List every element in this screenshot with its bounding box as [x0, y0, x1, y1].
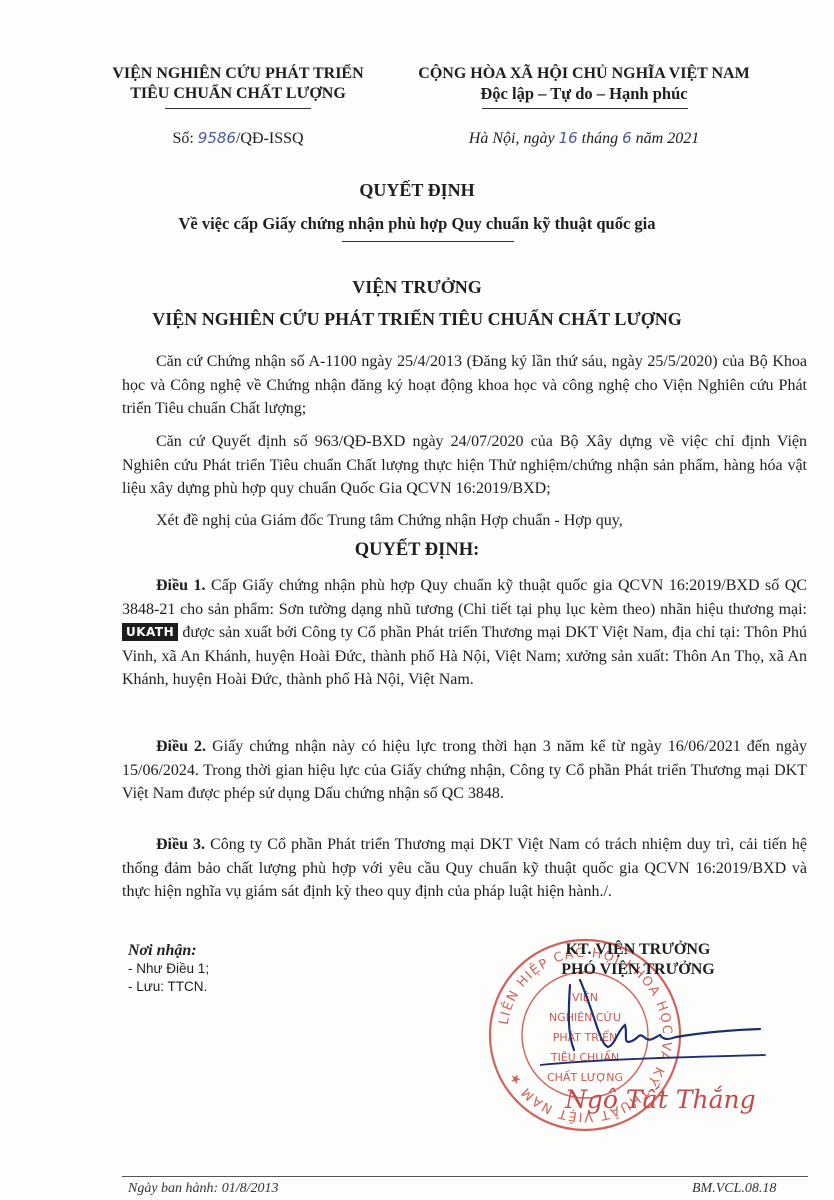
national-motto: CỘNG HÒA XÃ HỘI CHỦ NGHĨA VIỆT NAM Độc l…: [400, 64, 768, 104]
article-label: Điều 2.: [156, 738, 206, 755]
handwritten-month: 6: [622, 129, 632, 147]
motto: Độc lập – Tự do – Hạnh phúc: [400, 84, 768, 104]
authority-organization: VIỆN NGHIÊN CỨU PHÁT TRIỂN TIÊU CHUẨN CH…: [0, 309, 834, 330]
org-name-line2: TIÊU CHUẨN CHẤT LƯỢNG: [88, 84, 388, 104]
recipient-item: - Lưu: TTCN.: [128, 978, 209, 996]
recipients-heading: Nơi nhận:: [128, 942, 209, 960]
subject-underline: [342, 241, 514, 242]
recipient-item: - Như Điều 1;: [128, 960, 209, 978]
document-subject: Về việc cấp Giấy chứng nhận phù hợp Quy …: [0, 214, 834, 234]
document-date: Hà Nội, ngày 16 tháng 6 năm 2021: [400, 129, 768, 148]
recipients-block: Nơi nhận: - Như Điều 1; - Lưu: TTCN.: [128, 942, 209, 996]
signature-title: KT. VIỆN TRƯỞNG PHÓ VIỆN TRƯỞNG: [518, 940, 758, 980]
decision-heading: QUYẾT ĐỊNH:: [0, 540, 834, 561]
handwritten-day: 16: [559, 129, 578, 147]
signature-line1: KT. VIỆN TRƯỞNG: [518, 940, 758, 960]
org-name-line1: VIỆN NGHIÊN CỨU PHÁT TRIỂN: [88, 64, 388, 84]
article-1: Điều 1. Cấp Giấy chứng nhận phù hợp Quy …: [122, 574, 807, 692]
authority-title: VIỆN TRƯỞNG: [0, 277, 834, 298]
brand-logo: UKATH: [122, 623, 178, 641]
handwritten-number: 9586: [198, 129, 236, 147]
nation-name: CỘNG HÒA XÃ HỘI CHỦ NGHĨA VIỆT NAM: [400, 64, 768, 84]
article-3: Điều 3. Công ty Cổ phần Phát triển Thươn…: [122, 833, 807, 904]
signer-name: Ngô Tất Thắng: [565, 1085, 756, 1114]
motto-underline: [482, 108, 688, 109]
preamble-3: Xét đề nghị của Giám đốc Trung tâm Chứng…: [122, 509, 807, 533]
form-code: BM.VCL.08.18: [692, 1181, 776, 1197]
document-title: QUYẾT ĐỊNH: [0, 180, 834, 201]
article-2: Điều 2. Giấy chứng nhận này có hiệu lực …: [122, 735, 807, 806]
org-underline: [165, 108, 311, 109]
footer-divider: [122, 1176, 808, 1177]
article-label: Điều 1.: [156, 577, 206, 594]
issue-date: Ngày ban hành: 01/8/2013: [128, 1181, 279, 1197]
issuing-organization: VIỆN NGHIÊN CỨU PHÁT TRIỂN TIÊU CHUẨN CH…: [88, 64, 388, 104]
handwritten-signature-icon: [540, 975, 770, 1075]
preamble-1: Căn cứ Chứng nhận số A-1100 ngày 25/4/20…: [122, 350, 807, 421]
preamble-2: Căn cứ Quyết định số 963/QĐ-BXD ngày 24/…: [122, 430, 807, 501]
document-number: Số: 9586/QĐ-ISSQ: [88, 129, 388, 148]
article-label: Điều 3.: [156, 836, 205, 853]
